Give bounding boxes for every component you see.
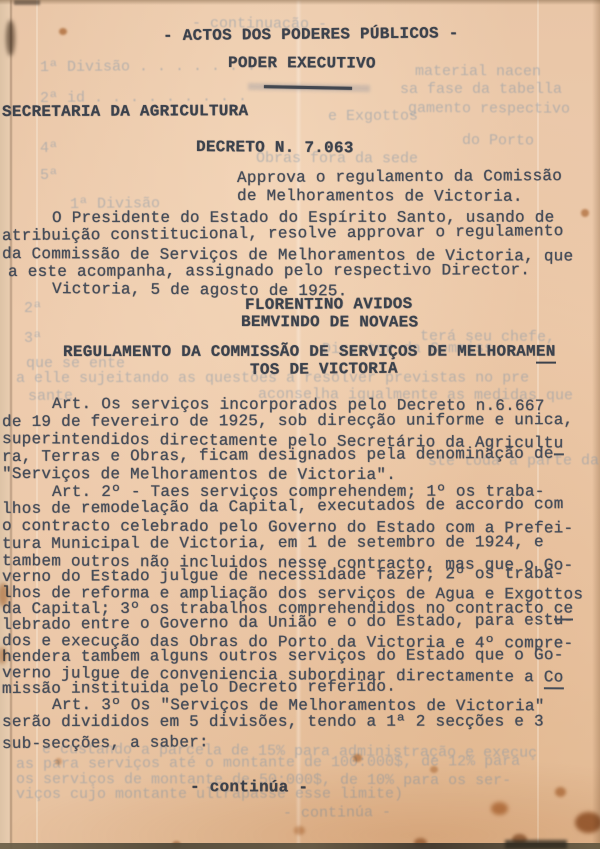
typed-line-masthead: PODER EXECUTIVO (228, 54, 376, 73)
typed-line-body: ra, Terras e Obras, ficam designados pel… (2, 445, 554, 466)
ghost-text: 5ª (40, 167, 58, 184)
typed-line-heading: REGULAMENTO DA COMMISSÃO DE SERVIÇOS DE … (63, 343, 556, 361)
paper-right-edge (592, 0, 600, 849)
typed-line-body: tura Municipal de Victoria, em 1 de sete… (2, 533, 544, 553)
stain (581, 209, 589, 217)
ghost-text: sa fase da tabella (400, 81, 562, 98)
top-edge-mark (14, 0, 40, 5)
typed-line-department: SECRETARIA DA AGRICULTURA (2, 102, 248, 121)
typed-line-body: verno do Estado julgue de necessidade fa… (2, 565, 564, 586)
ghost-text: 4ª (40, 140, 58, 157)
typed-line-body: "Serviços de Melhoramentos de Victoria". (2, 465, 396, 484)
typed-line-summary: Approva o regulamento da Comissão (237, 167, 562, 187)
stain (59, 28, 67, 35)
typed-line-heading: TOS DE VICTORIA (250, 360, 398, 379)
typed-line-signature: BEMVINDO DE NOVAES (241, 313, 418, 331)
typed-line-body: serão divididos em 5 divisões, tendo a 1… (2, 713, 544, 731)
typed-line-body: de 19 de fevereiro de 1925, sob direcção… (2, 411, 573, 431)
ghost-text: gamento respectivo (408, 100, 570, 118)
bottom-edge-mark (505, 840, 567, 849)
typed-line-decree-number: DECRETO N. 7.063 (196, 138, 354, 157)
typed-line-body: lhos de remodelação da Capital, executad… (2, 495, 564, 518)
typed-line-body: a este acompanha, assignado pelo respect… (8, 261, 530, 281)
typed-line-body: missão instituida pelo Decreto referido. (2, 678, 396, 698)
typed-line-body: sub-secções, a saber: (2, 733, 209, 753)
ghost-text: e Exgottos (328, 108, 418, 125)
ghost-text: 2ª (24, 300, 42, 317)
typed-line-summary: de Melhoramentos de Victoria. (237, 187, 523, 206)
ghost-text: material nacen (415, 63, 541, 80)
bottom-stain-wash (0, 758, 600, 849)
ghost-text: do Porto (462, 132, 534, 150)
typed-line-masthead: - ACTOS DOS PODERES PÚBLICOS - (163, 24, 459, 45)
stain (6, 20, 15, 56)
document-page: - continuação -1ª Divisão . . . . . . . … (0, 0, 600, 849)
typed-line-body: hendera tambem alguns outros serviços do… (2, 646, 564, 666)
typed-line-body: atribuição constitucional, resolve appro… (2, 222, 564, 245)
typed-line-signature: FLORENTINO AVIDOS (245, 295, 413, 314)
ghost-text: 3ª (24, 330, 42, 347)
typed-line-body: lebrado entre o Governo da União e o do … (2, 611, 574, 634)
paper-top-edge (0, 0, 600, 5)
